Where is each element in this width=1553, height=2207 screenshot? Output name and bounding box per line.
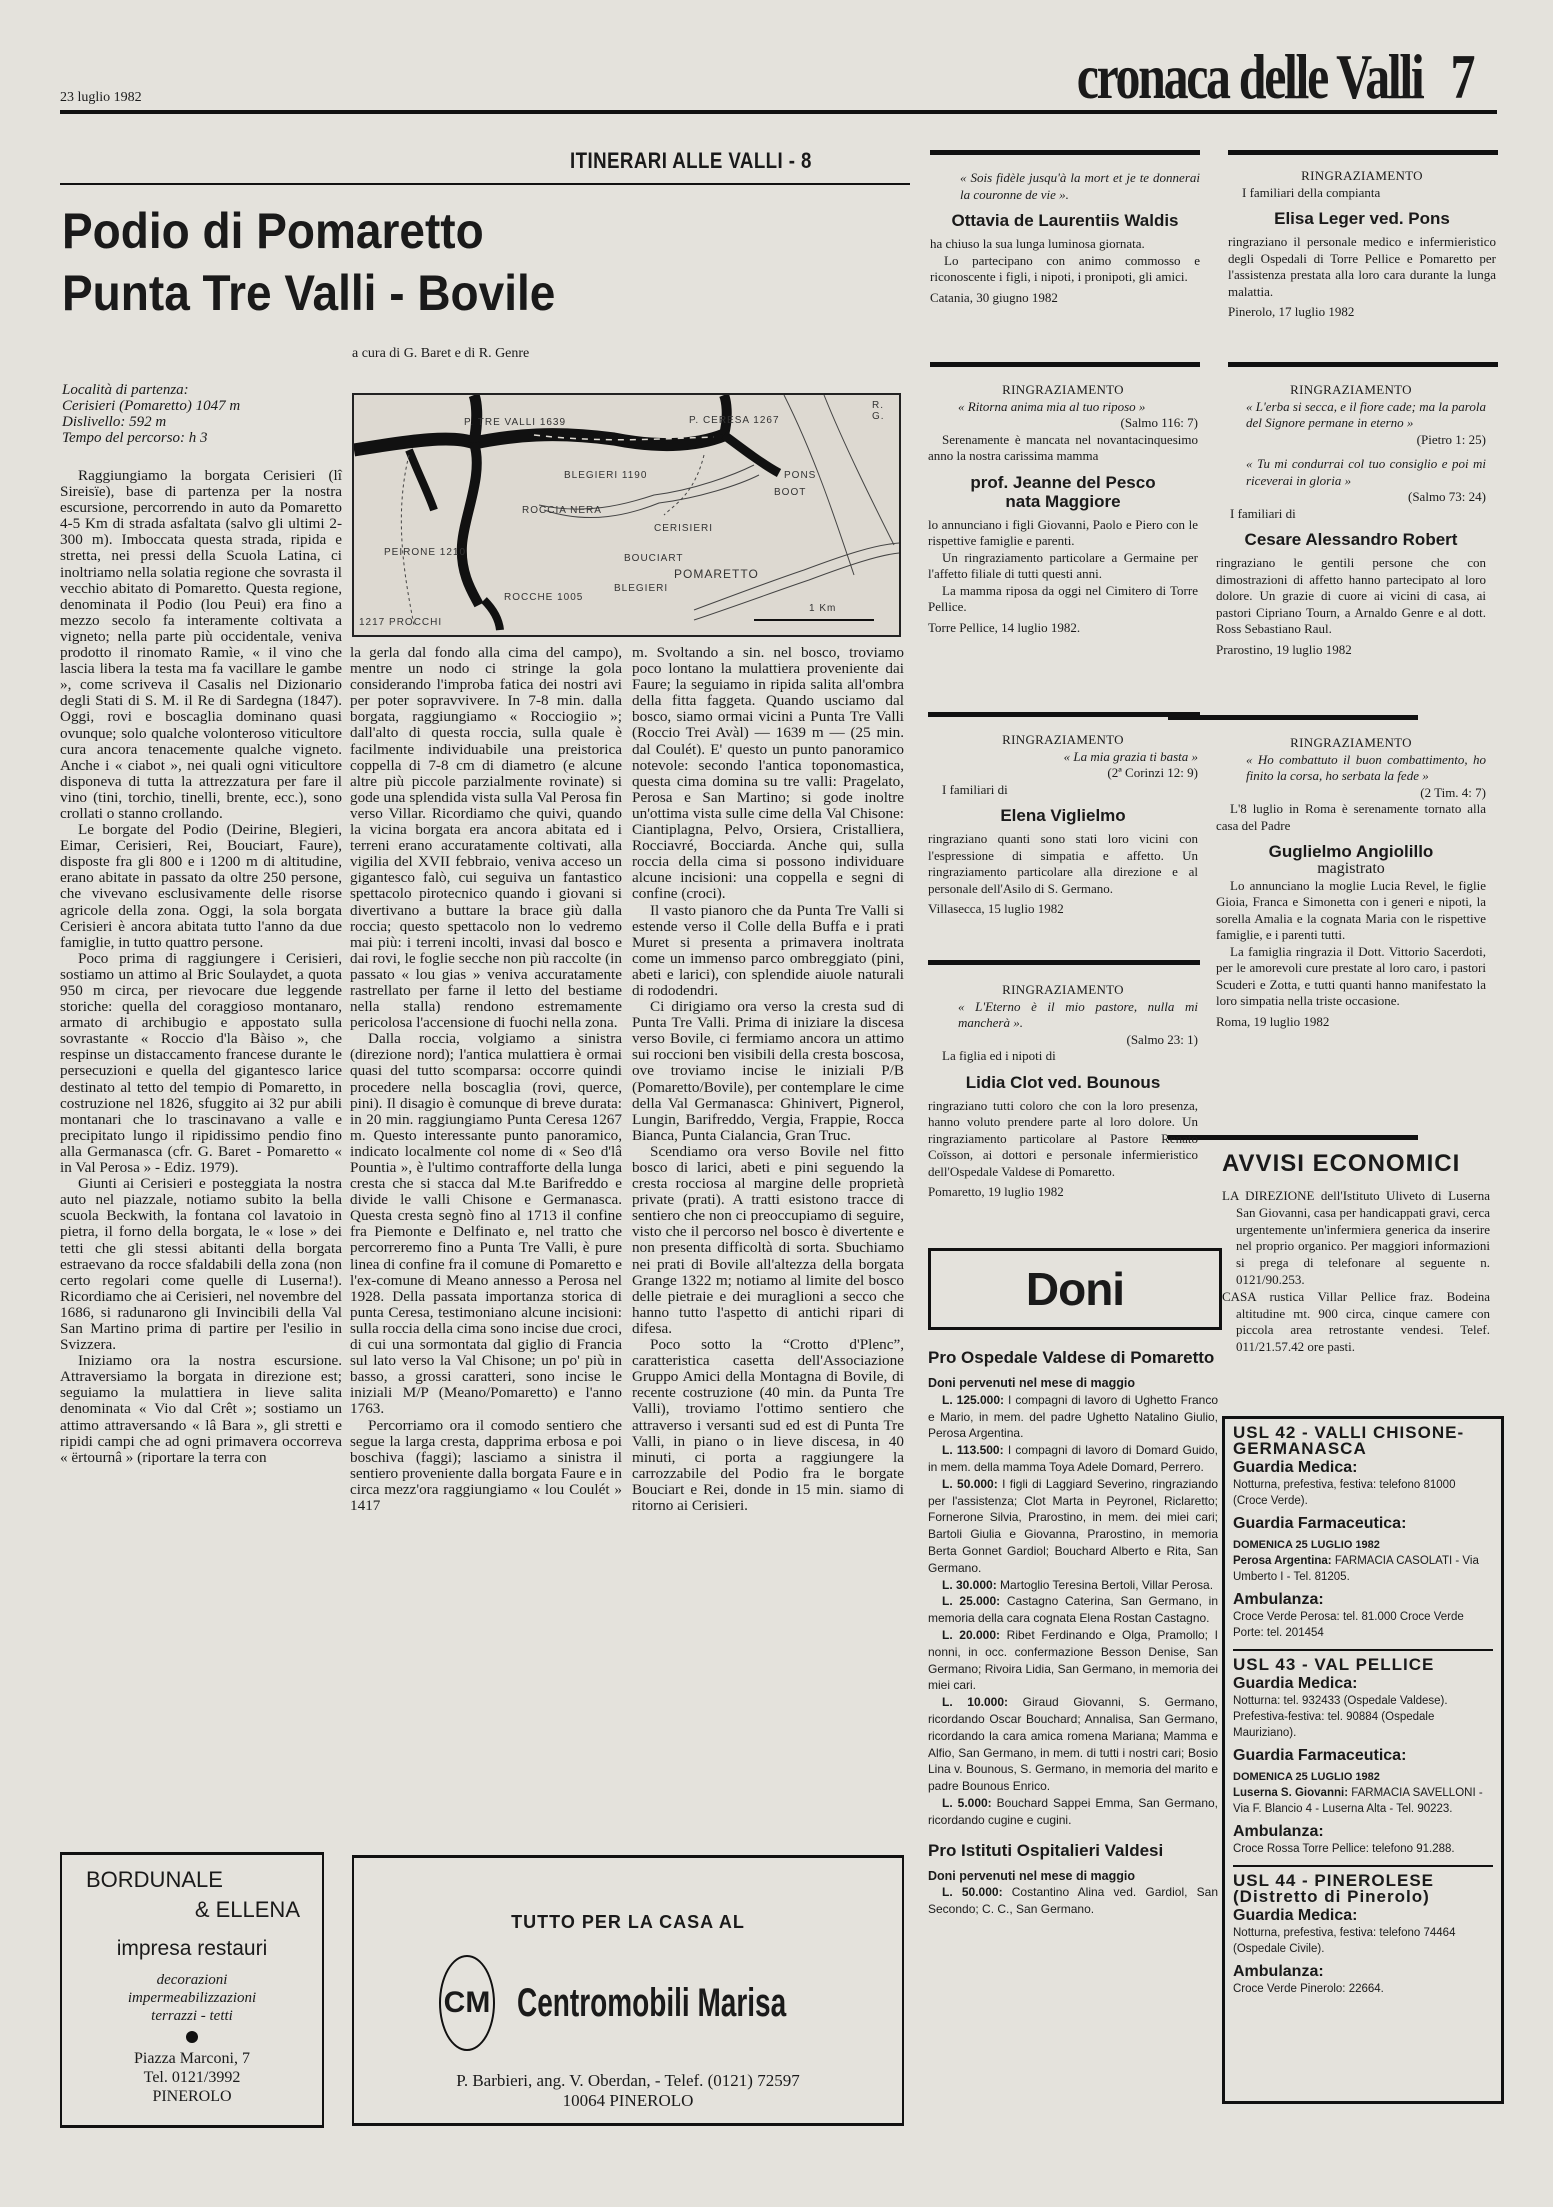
bullet-dot-icon [186,2031,198,2043]
notice-body: ha chiuso la sua lunga luminosa giornata… [930,236,1200,253]
notice-rule [930,362,1200,367]
notice-body: Lo annunciano la moglie Lucia Revel, le … [1216,878,1486,944]
thanks-lidia-clot: RINGRAZIAMENTO « L'Eterno è il mio pasto… [928,982,1198,1201]
usl-42: USL 42 - VALLI CHISONE-GERMANASCA Guardi… [1233,1425,1493,1641]
paragraph: Scendiamo ora verso Bovile nel fitto bos… [632,1144,904,1337]
usl-place: Luserna S. Giovanni: [1233,1787,1348,1799]
ad-city: 10064 PINEROLO [354,2091,902,2111]
map-label: BLEGIERI [614,583,668,594]
map-label: BOUCIART [624,553,684,564]
usl-place: Perosa Argentina: [1233,1555,1332,1567]
donation-amount: L. 30.000: [942,1578,997,1592]
ad-tagline: impresa restauri [62,1937,322,1961]
notice-quote: « L'Eterno è il mio pastore, nulla mi ma… [928,999,1198,1032]
classifieds-title: AVVISI ECONOMICI [1222,1150,1460,1178]
notice-name: prof. Jeanne del Pesco [928,473,1198,492]
donation-entry: L. 50.000: Costantino Alina ved. Gardiol… [928,1884,1218,1918]
route-info: Località di partenza: Cerisieri (Pomaret… [62,382,347,446]
ad-company-name: Centromobili Marisa [517,1981,727,2026]
classified-ad: CASA rustica Villar Pellice fraz. Bodein… [1222,1289,1490,1356]
donation-entry: L. 125.000: I compagni di lavoro di Ughe… [928,1392,1218,1442]
notice-reference: (2 Tim. 4: 7) [1216,785,1486,802]
donation-amount: L. 50.000: [942,1477,998,1491]
notice-body: ringraziano le gentili persone che con d… [1216,555,1486,638]
usl-text: Croce Verde Perosa: tel. 81.000 Croce Ve… [1233,1609,1493,1641]
doni-ospedale-pomaretto: Pro Ospedale Valdese di Pomaretto Doni p… [928,1348,1218,1918]
obituary-ottavia: « Sois fidèle jusqu'à la mort et je te d… [930,170,1200,306]
ad-address: Piazza Marconi, 7 [62,2049,322,2068]
notice-name: Guglielmo Angiolillo [1216,842,1486,861]
info-line: Tempo del percorso: h 3 [62,430,347,446]
headline-line-1: Podio di Pomaretto [62,200,555,262]
usl-text: Notturna, prefestiva, festiva: telefono … [1233,1925,1493,1957]
donation-amount: L. 20.000: [942,1628,1000,1642]
classified-ad: LA DIREZIONE dell'Istituto Uliveto di Lu… [1222,1188,1490,1289]
notice-name: Elisa Leger ved. Pons [1228,209,1496,228]
thanks-cesare-robert: RINGRAZIAMENTO « L'erba si secca, e il f… [1216,382,1486,658]
notice-intro: La figlia ed i nipoti di [928,1048,1198,1065]
paragraph: m. Svoltando a sin. nel bosco, troviamo … [632,645,904,903]
info-line: Dislivello: 592 m [62,414,347,430]
ad-service: terrazzi - tetti [62,2007,322,2025]
usl-text: Notturna: tel. 932433 (Ospedale Valdese)… [1233,1693,1493,1741]
notice-rule [930,150,1200,155]
ad-tagline: TUTTO PER LA CASA AL [354,1912,902,1933]
ad-service: impermeabilizzazioni [62,1989,322,2007]
map-label: R. G. [872,400,899,422]
usl-heading: Ambulanza: [1233,1823,1493,1841]
notice-intro: I familiari della compianta [1228,185,1496,202]
usl-divider [1233,1649,1493,1651]
map-label: PONS [784,470,816,481]
health-services-box: USL 42 - VALLI CHISONE-GERMANASCA Guardi… [1222,1416,1504,2104]
ad-centromobili-marisa: TUTTO PER LA CASA AL CM Centromobili Mar… [352,1855,904,2126]
notice-intro: Serenamente è mancata nel novantacinques… [928,432,1198,465]
thanks-guglielmo-angiolillo: RINGRAZIAMENTO « Ho combattuto il buon c… [1216,735,1486,1030]
series-rule [60,183,910,185]
donation-amount: L. 113.500: [942,1443,1004,1457]
paragraph: Iniziamo ora la nostra escursione. Attra… [60,1353,342,1466]
notice-role: magistrato [1216,861,1486,878]
donation-amount: L. 25.000: [942,1594,1000,1608]
notice-rule [1168,715,1418,720]
paragraph: Poco sotto la “Crotto d'Plenc”, caratter… [632,1337,904,1514]
map-label: P. TRE VALLI 1639 [464,417,566,428]
notice-name: Elena Viglielmo [928,806,1198,825]
notice-heading: RINGRAZIAMENTO [1216,382,1486,399]
usl-divider [1233,1865,1493,1867]
notice-quote: « Ho combattuto il buon combattimento, h… [1216,752,1486,785]
notice-place-date: Pinerolo, 17 luglio 1982 [1228,304,1496,321]
thanks-jeanne-del-pesco: RINGRAZIAMENTO « Ritorna anima mia al tu… [928,382,1198,636]
notice-place-date: Prarostino, 19 luglio 1982 [1216,642,1486,659]
donation-entry: L. 113.500: I compagni di lavoro di Doma… [928,1442,1218,1476]
usl-heading: Guardia Medica: [1233,1459,1493,1477]
notice-body: La famiglia ringrazia il Dott. Vittorio … [1216,944,1486,1010]
map-label: ROCCHE 1005 [504,592,583,603]
paragraph: Poco prima di raggiungere i Cerisieri, s… [60,951,342,1176]
usl-44: USL 44 - PINEROLESE (Distretto di Pinero… [1233,1873,1493,1997]
notice-rule [1228,362,1498,367]
map-scale: 1 Km [809,603,836,614]
notice-name: Cesare Alessandro Robert [1216,530,1486,549]
notice-name: Ottavia de Laurentiis Waldis [930,211,1200,230]
donation-donors: Martoglio Teresina Bertoli, Villar Peros… [1000,1578,1213,1592]
ad-address: P. Barbieri, ang. V. Oberdan, - Telef. (… [354,2071,902,2091]
ad-city: PINEROLO [62,2087,322,2106]
notice-body: ringraziano quanti sono stati loro vicin… [928,831,1198,897]
series-label: ITINERARI ALLE VALLI - 8 [570,148,812,174]
notice-heading: RINGRAZIAMENTO [928,382,1198,399]
info-line: Cerisieri (Pomaretto) 1047 m [62,398,347,414]
thanks-elena-viglielmo: RINGRAZIAMENTO « La mia grazia ti basta … [928,732,1198,918]
doni-title-box: Doni [928,1248,1222,1330]
notice-body: La mamma riposa da oggi nel Cimitero di … [928,583,1198,616]
masthead-title: cronaca delle Valli [1077,41,1423,112]
article-column-2: la gerla dal fondo alla cima del campo),… [350,645,622,1514]
notice-name-2: nata Maggiore [928,492,1198,511]
notice-body: lo annunciano i figli Giovanni, Paolo e … [928,517,1198,550]
doni-section-subheading: Doni pervenuti nel mese di maggio [928,1375,1218,1392]
paragraph: Ci dirigiamo ora verso la cresta sud di … [632,999,904,1144]
usl-text: Notturna, prefestiva, festiva: telefono … [1233,1477,1493,1509]
notice-reference: (Salmo 23: 1) [928,1032,1198,1049]
masthead-rule [60,110,1497,114]
notice-place-date: Villasecca, 15 luglio 1982 [928,901,1198,918]
ad-bordunale-ellena: BORDUNALE & ELLENA impresa restauri deco… [60,1852,324,2128]
doni-section-subheading: Doni pervenuti nel mese di maggio [928,1868,1218,1885]
donation-entry: L. 10.000: Giraud Giovanni, S. Germano, … [928,1694,1218,1795]
notice-heading: RINGRAZIAMENTO [928,982,1198,999]
usl-heading: Ambulanza: [1233,1963,1493,1981]
notice-rule [928,960,1200,965]
masthead: cronaca delle Valli7 [1077,40,1473,114]
usl-43: USL 43 - VAL PELLICE Guardia Medica: Not… [1233,1657,1493,1857]
cm-logo-icon: CM [439,1955,495,2051]
notice-reference: (Salmo 116: 7) [928,415,1198,432]
notice-reference-2: (Salmo 73: 24) [1216,489,1486,506]
notice-reference: (Pietro 1: 25) [1216,432,1486,449]
donation-entry: L. 50.000: I figli di Laggiard Severino,… [928,1476,1218,1577]
notice-heading: RINGRAZIAMENTO [1228,168,1496,185]
info-line: Località di partenza: [62,382,347,398]
ad-service: decorazioni [62,1971,322,1989]
usl-date: DOMENICA 25 LUGLIO 1982 [1233,1539,1493,1551]
notice-place-date: Pomaretto, 19 luglio 1982 [928,1184,1198,1201]
notice-body: Un ringraziamento particolare a Germaine… [928,550,1198,583]
page-number: 7 [1450,41,1473,112]
donation-donors: I figli di Laggiard Severino, ringrazian… [928,1477,1218,1575]
usl-text: Croce Verde Pinerolo: 22664. [1233,1981,1493,1997]
notice-quote: « La mia grazia ti basta » [928,749,1198,766]
map-label: 1217 PROCCHI [359,617,442,628]
usl-heading: Guardia Farmaceutica: [1233,1515,1493,1533]
paragraph: la gerla dal fondo alla cima del campo),… [350,645,622,1031]
donation-amount: L. 5.000: [942,1796,992,1810]
donation-entry: L. 20.000: Ribet Ferdinando e Olga, Pram… [928,1627,1218,1694]
map-drawing-icon [354,395,899,635]
thanks-elisa-leger: RINGRAZIAMENTO I familiari della compian… [1228,168,1496,321]
notice-intro: L'8 luglio in Roma è serenamente tornato… [1216,801,1486,834]
notice-quote-2: « Tu mi condurrai col tuo consiglio e po… [1216,456,1486,489]
map-label: BOOT [774,487,806,498]
usl-heading: Guardia Medica: [1233,1675,1493,1693]
headline: Podio di Pomaretto Punta Tre Valli - Bov… [62,200,555,324]
paragraph: Percorriamo ora il comodo sentiero che s… [350,1418,622,1515]
donation-donors: Giraud Giovanni, S. Germano, ricordando … [928,1695,1218,1793]
donation-entry: L. 5.000: Bouchard Sappei Emma, San Germ… [928,1795,1218,1829]
issue-date: 23 luglio 1982 [60,90,142,106]
usl-heading: Ambulanza: [1233,1591,1493,1609]
doni-section-heading: Pro Istituti Ospitalieri Valdesi [928,1841,1218,1860]
notice-heading: RINGRAZIAMENTO [928,732,1198,749]
map-label: ROCCIA NERA [522,505,602,516]
notice-rule [1168,1135,1418,1140]
donation-amount: L. 10.000: [942,1695,1008,1709]
article-column-3: m. Svoltando a sin. nel bosco, troviamo … [632,645,904,1514]
donation-entry: L. 25.000: Castagno Caterina, San German… [928,1593,1218,1627]
usl-title: USL 43 - VAL PELLICE [1233,1657,1493,1673]
notice-heading: RINGRAZIAMENTO [1216,735,1486,752]
map-label: BLEGIERI 1190 [564,470,647,481]
notice-intro: I familiari di [1216,506,1486,523]
notice-rule [928,712,1200,717]
notice-rule [1228,150,1498,155]
paragraph: Dalla roccia, volgiamo a sinistra (direz… [350,1031,622,1417]
usl-heading: Guardia Farmaceutica: [1233,1747,1493,1765]
usl-heading: Guardia Medica: [1233,1907,1493,1925]
paragraph: Il vasto pianoro che da Punta Tre Valli … [632,903,904,1000]
notice-reference: (2ª Corinzi 12: 9) [928,765,1198,782]
map-label: PEIRONE 1210 [384,547,466,558]
notice-place-date: Torre Pellice, 14 luglio 1982. [928,620,1198,637]
notice-quote: « Ritorna anima mia al tuo riposo » [928,399,1198,416]
notice-body: ringraziano il personale medico e inferm… [1228,234,1496,300]
donation-amount: L. 50.000: [942,1885,1003,1899]
article-column-1: Raggiungiamo la borgata Cerisieri (lî Si… [60,468,342,1466]
paragraph: Le borgate del Podio (Deirine, Blegieri,… [60,822,342,951]
map-label: POMARETTO [674,567,759,581]
usl-date: DOMENICA 25 LUGLIO 1982 [1233,1771,1493,1783]
usl-text: Croce Rossa Torre Pellice: telefono 91.2… [1233,1841,1493,1857]
ad-company-name-2: & ELLENA [62,1897,300,1923]
donation-amount: L. 125.000: [942,1393,1004,1407]
paragraph: Giunti ai Cerisieri e posteggiata la nos… [60,1176,342,1353]
classifieds-list: LA DIREZIONE dell'Istituto Uliveto di Lu… [1222,1188,1490,1356]
donation-entry: L. 30.000: Martoglio Teresina Bertoli, V… [928,1577,1218,1594]
usl-title: USL 44 - PINEROLESE (Distretto di Pinero… [1233,1873,1493,1905]
doni-section-heading: Pro Ospedale Valdese di Pomaretto [928,1348,1218,1367]
notice-intro: I familiari di [928,782,1198,799]
notice-body: Lo partecipano con animo commosso e rico… [930,253,1200,286]
ad-company-name: BORDUNALE [86,1867,322,1893]
notice-quote: « L'erba si secca, e il fiore cade; ma l… [1216,399,1486,432]
route-map: P. TRE VALLI 1639 P. CERESA 1267 R. G. B… [352,393,901,637]
map-label: CERISIERI [654,523,713,534]
byline: a cura di G. Baret e di R. Genre [352,346,529,362]
headline-line-2: Punta Tre Valli - Bovile [62,262,555,324]
notice-place-date: Catania, 30 giugno 1982 [930,290,1200,307]
ad-phone: Tel. 0121/3992 [62,2068,322,2087]
paragraph: Raggiungiamo la borgata Cerisieri (lî Si… [60,468,342,822]
notice-place-date: Roma, 19 luglio 1982 [1216,1014,1486,1031]
map-label: P. CERESA 1267 [689,415,780,426]
notice-name: Lidia Clot ved. Bounous [928,1073,1198,1092]
notice-quote: « Sois fidèle jusqu'à la mort et je te d… [930,170,1200,203]
notice-body: ringraziano tutti coloro che con la loro… [928,1098,1198,1181]
usl-title: USL 42 - VALLI CHISONE-GERMANASCA [1233,1425,1493,1457]
